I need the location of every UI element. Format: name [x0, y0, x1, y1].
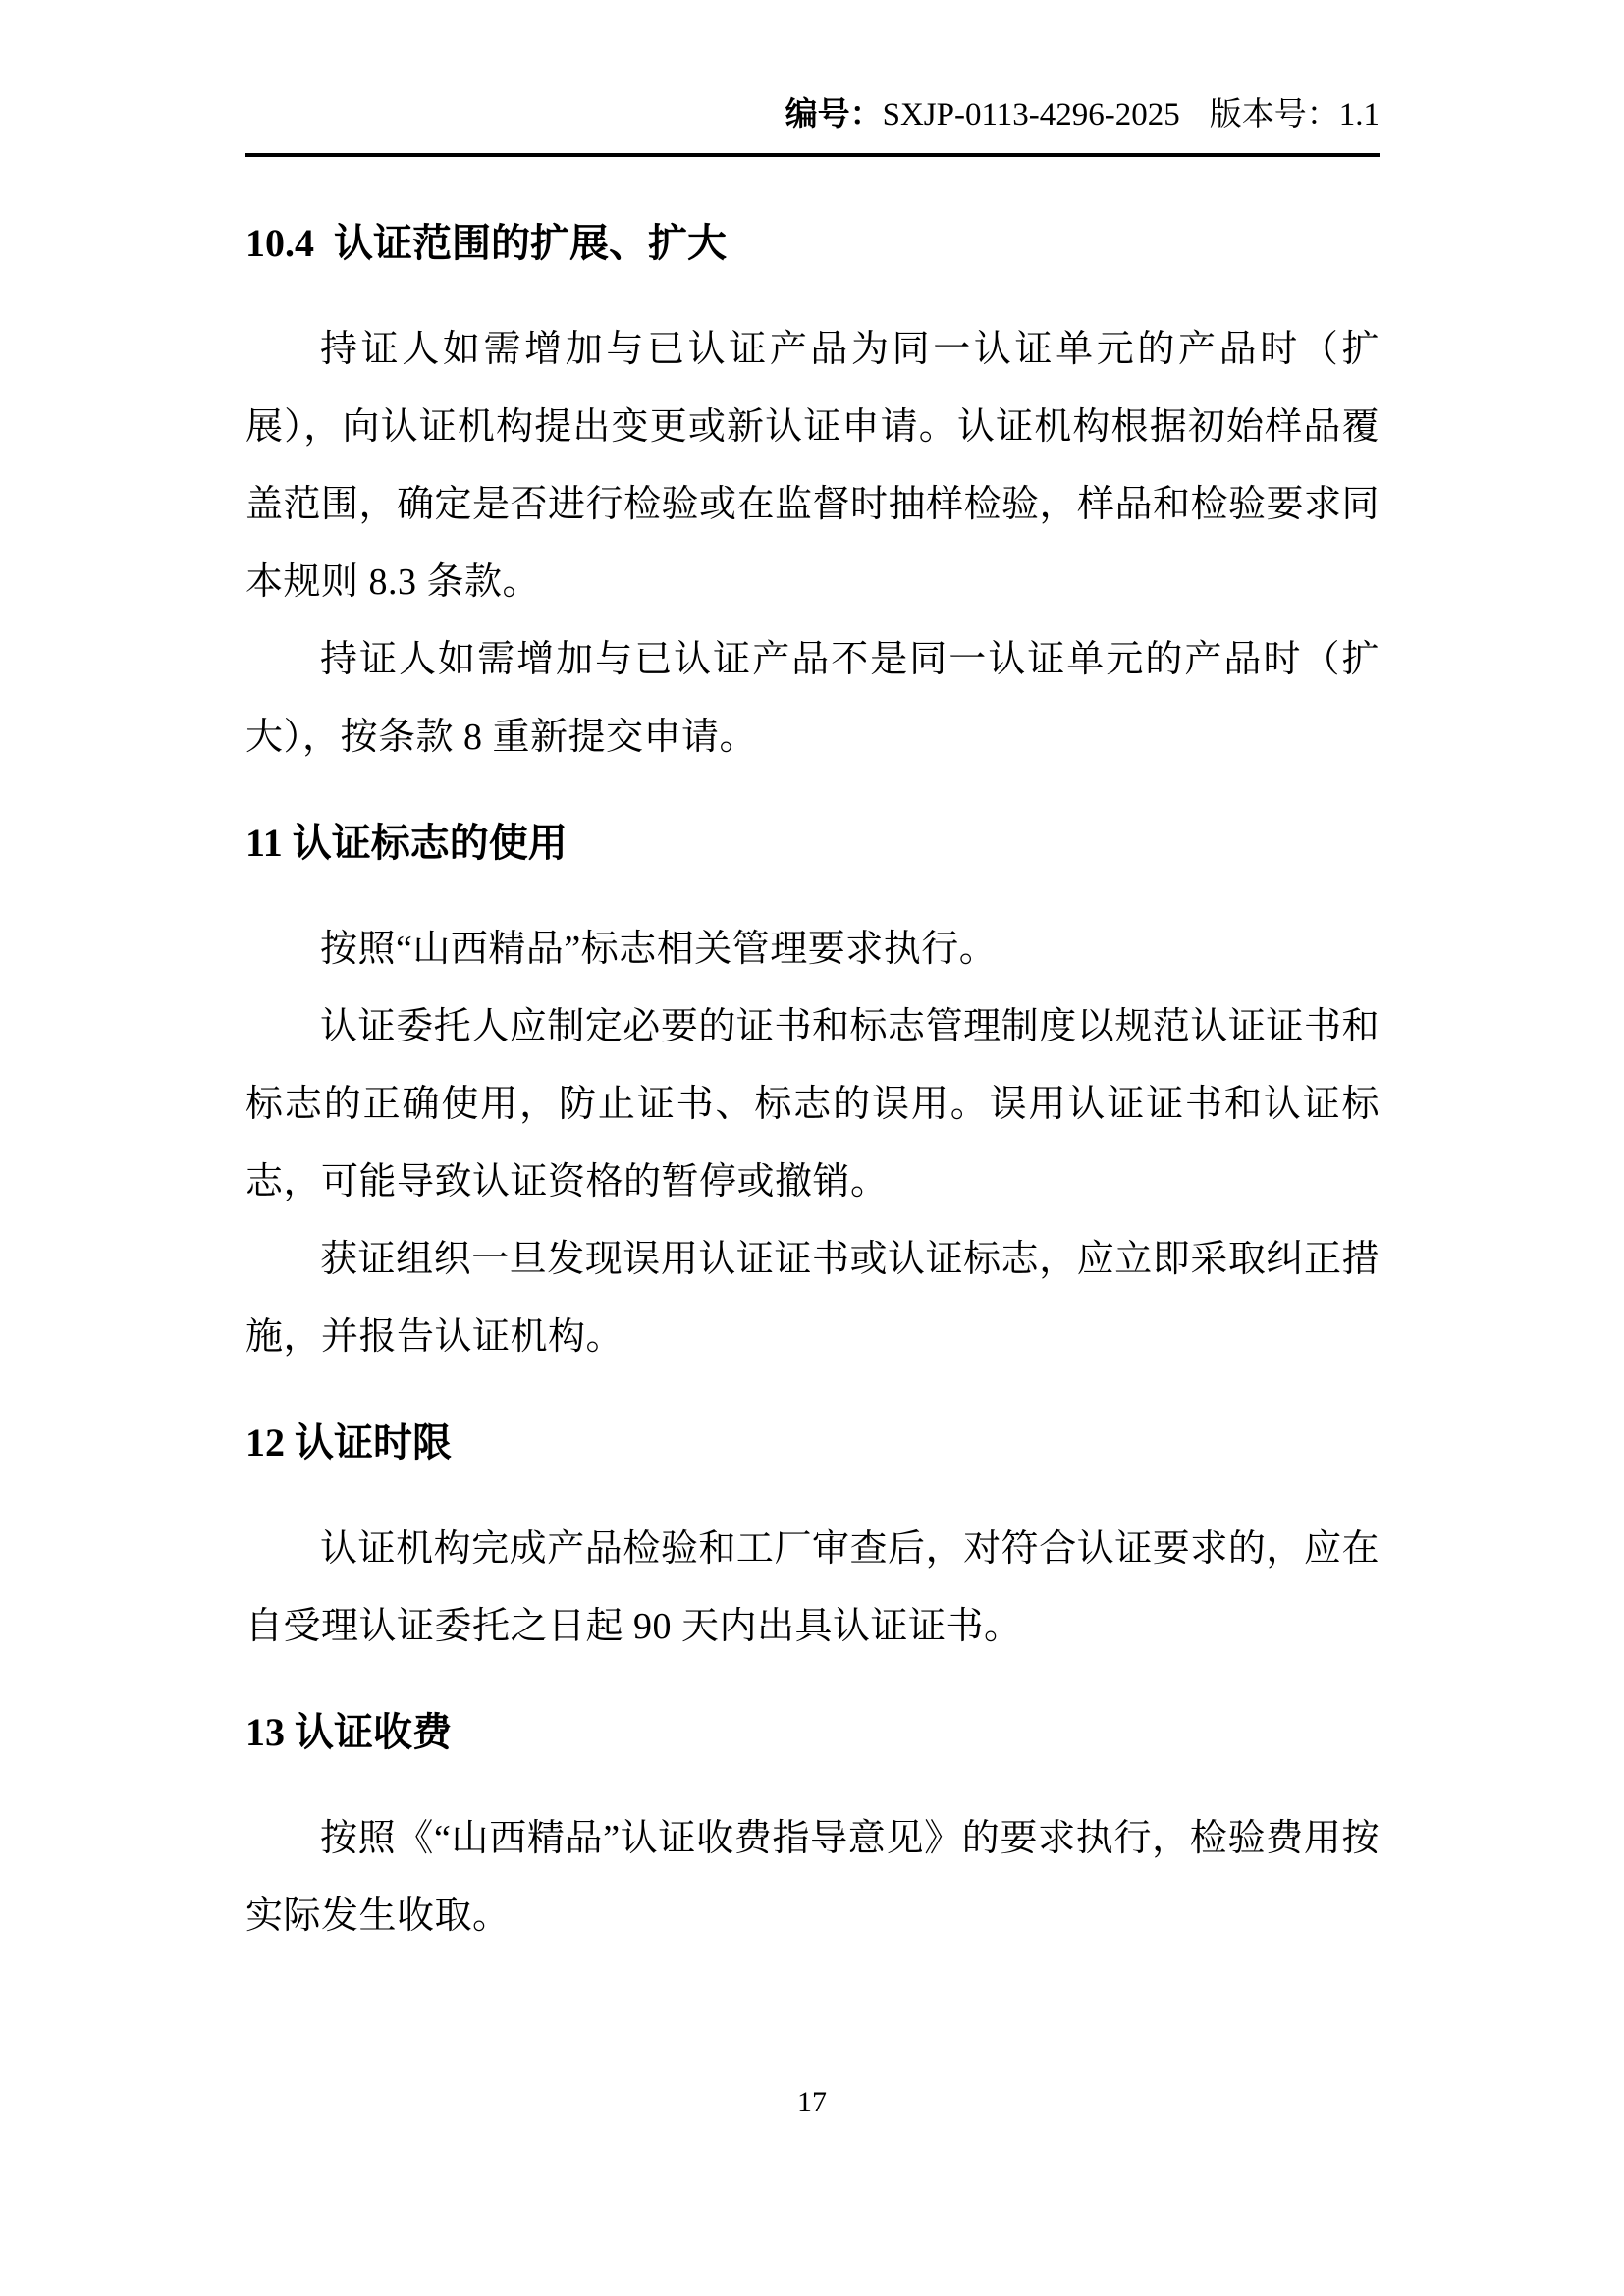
- paragraph: 按照《“山西精品”认证收费指导意见》的要求执行，检验费用按实际发生收取。: [245, 1800, 1380, 1955]
- page-number: 17: [0, 2085, 1624, 2120]
- doc-number-value: SXJP-0113-4296-2025: [883, 97, 1180, 133]
- section-heading-11: 11 认证标志的使用: [245, 822, 1380, 865]
- paragraph: 持证人如需增加与已认证产品不是同一认证单元的产品时（扩大），按条款 8 重新提交…: [245, 621, 1380, 776]
- section-heading-10-4: 10.4 认证范围的扩展、扩大: [245, 222, 1380, 265]
- paragraph: 认证机构完成产品检验和工厂审查后，对符合认证要求的，应在自受理认证委托之日起 9…: [245, 1511, 1380, 1666]
- document-page: 编号：SXJP-0113-4296-2025版本号：1.1 10.4 认证范围的…: [0, 0, 1624, 2296]
- section-heading-12: 12 认证时限: [245, 1421, 1380, 1465]
- page-content: 编号：SXJP-0113-4296-2025版本号：1.1 10.4 认证范围的…: [245, 0, 1380, 1955]
- paragraph: 按照“山西精品”标志相关管理要求执行。: [245, 911, 1380, 988]
- paragraph: 获证组织一旦发现误用认证证书或认证标志，应立即采取纠正措施，并报告认证机构。: [245, 1221, 1380, 1376]
- doc-version-label: 版本号：: [1210, 97, 1339, 133]
- header-rule: [245, 153, 1380, 157]
- paragraph: 持证人如需增加与已认证产品为同一认证单元的产品时（扩展），向认证机构提出变更或新…: [245, 311, 1380, 621]
- doc-number-label: 编号：: [785, 97, 883, 133]
- document-header: 编号：SXJP-0113-4296-2025版本号：1.1: [245, 0, 1380, 139]
- doc-version-value: 1.1: [1339, 97, 1380, 133]
- section-heading-13: 13 认证收费: [245, 1711, 1380, 1754]
- paragraph: 认证委托人应制定必要的证书和标志管理制度以规范认证证书和标志的正确使用，防止证书…: [245, 988, 1380, 1221]
